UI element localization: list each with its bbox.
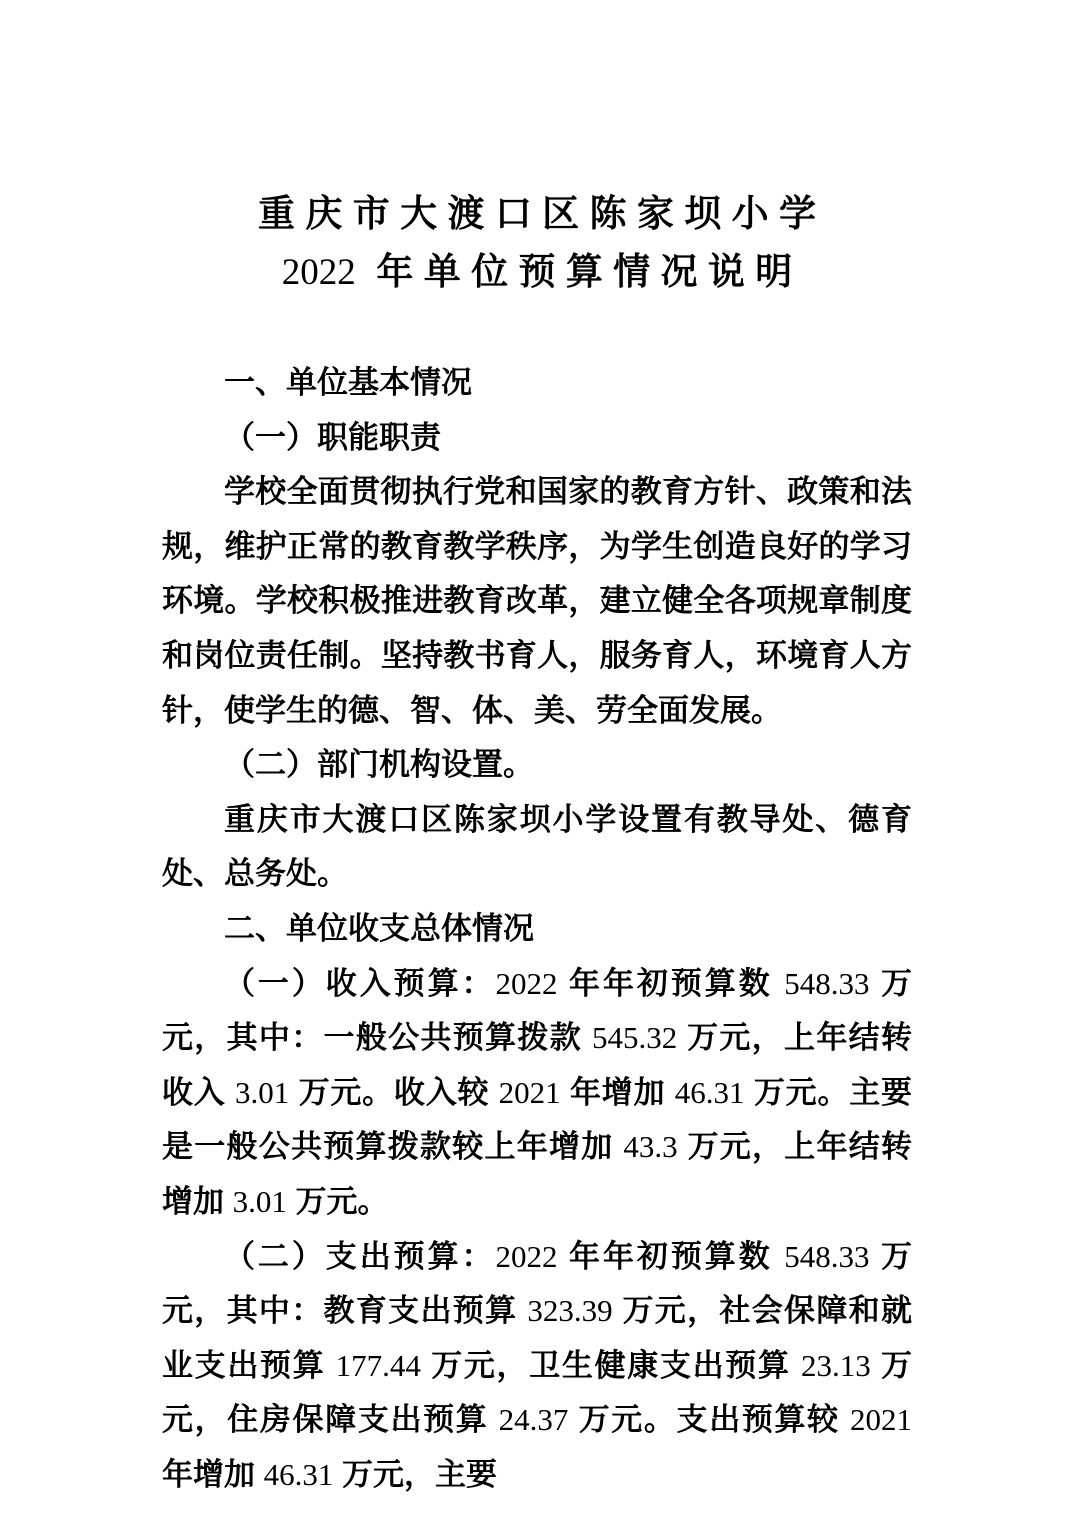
document-subheading: （一）职能职责: [162, 411, 912, 466]
document-heading: 二、单位收支总体情况: [162, 902, 912, 957]
document-paragraph: 学校全面贯彻执行党和国家的教育方针、政策和法规，维护正常的教育教学秩序，为学生创…: [162, 465, 912, 738]
document-page: 重庆市大渡口区陈家坝小学 2022 年单位预算情况说明 一、单位基本情况（一）职…: [0, 0, 1074, 1520]
document-body: 一、单位基本情况（一）职能职责学校全面贯彻执行党和国家的教育方针、政策和法规，维…: [162, 356, 912, 1502]
document-paragraph: （二）支出预算：2022 年年初预算数 548.33 万元，其中：教育支出预算 …: [162, 1230, 912, 1503]
document-paragraph: （一）收入预算：2022 年年初预算数 548.33 万元，其中：一般公共预算拨…: [162, 957, 912, 1230]
document-subheading: （二）部门机构设置。: [162, 738, 912, 793]
document-heading: 一、单位基本情况: [162, 356, 912, 411]
document-title-line2: 2022 年单位预算情况说明: [162, 243, 912, 302]
document-paragraph: 重庆市大渡口区陈家坝小学设置有教导处、德育处、总务处。: [162, 793, 912, 902]
document-title-line1: 重庆市大渡口区陈家坝小学: [162, 185, 912, 243]
document-title: 重庆市大渡口区陈家坝小学 2022 年单位预算情况说明: [162, 185, 912, 302]
